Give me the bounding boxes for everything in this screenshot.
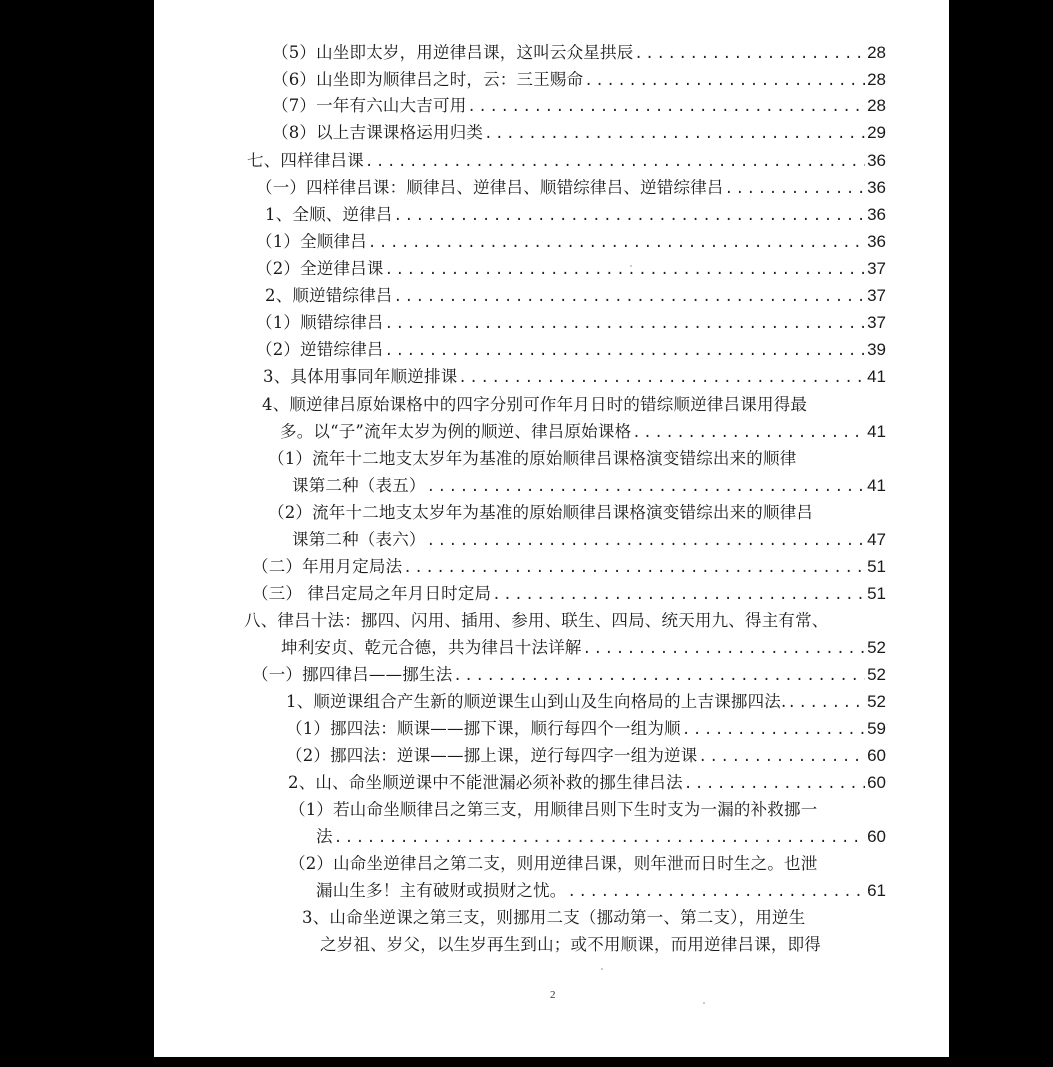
toc-entry-page-number: 28 xyxy=(867,68,886,92)
toc-entry[interactable]: 坤利安贞、乾元合德，共为律吕十法详解52 xyxy=(281,636,886,660)
toc-entry-title: 3、具体用事同年顺逆排课 xyxy=(263,365,457,389)
toc-entry[interactable]: （7）一年有六山大吉可用28 xyxy=(272,94,886,118)
toc-entry-page-number: 37 xyxy=(867,284,886,308)
dot-leader xyxy=(334,826,865,850)
toc-entry[interactable]: （2）全逆律吕课37 xyxy=(256,257,886,281)
dot-leader xyxy=(492,583,865,607)
scan-speck xyxy=(630,265,632,267)
toc-entry[interactable]: （1）顺错综律吕37 xyxy=(256,311,886,335)
toc-entry-title: 八、律吕十法：挪四、闪用、插用、参用、联生、四局、统天用九、得主有常、 xyxy=(244,609,829,633)
toc-entry-title: （5）山坐即太岁，用逆律吕课，这叫云众星拱辰 xyxy=(272,41,633,65)
toc-entry[interactable]: 2、顺逆错综律吕37 xyxy=(265,284,886,308)
toc-entry[interactable]: （一）挪四律吕——挪生法52 xyxy=(252,663,886,687)
toc-entry-page-number: 37 xyxy=(867,311,886,335)
toc-entry-title: 3、山命坐逆课之第三支，则挪用二支（挪动第一、第二支），用逆生 xyxy=(302,906,805,930)
dot-leader xyxy=(634,42,865,66)
toc-entry-page-number: 52 xyxy=(867,690,886,714)
dot-leader xyxy=(385,258,865,282)
dot-leader xyxy=(385,312,865,336)
dot-leader xyxy=(568,880,866,904)
toc-entry[interactable]: （5）山坐即太岁，用逆律吕课，这叫云众星拱辰28 xyxy=(272,41,886,65)
toc-entry-page-number: 60 xyxy=(867,825,886,849)
toc-entry[interactable]: （1）挪四法：顺课——挪下课，顺行每四个一组为顺59 xyxy=(286,717,886,741)
toc-entry-title: 法 xyxy=(316,825,333,849)
toc-entry-page-number: 52 xyxy=(867,636,886,660)
toc-entry-page-number: 37 xyxy=(867,257,886,281)
toc-entry-page-number: 36 xyxy=(867,230,886,254)
toc-entry-title: 4、顺逆律吕原始课格中的四字分别可作年月日时的错综顺逆律吕课用得最 xyxy=(262,393,807,417)
dot-leader xyxy=(453,664,865,688)
toc-entry-page-number: 41 xyxy=(867,474,886,498)
toc-entry-title: 2、顺逆错综律吕 xyxy=(265,284,393,308)
scan-speck xyxy=(601,968,603,970)
toc-entry-page-number: 52 xyxy=(867,663,886,687)
dot-leader xyxy=(365,150,865,174)
toc-entry-title: （2）挪四法：逆课——挪上课，逆行每四字一组为逆课 xyxy=(286,744,698,768)
toc-entry-title: （2）流年十二地支太岁年为基准的原始顺律吕课格演变错综出来的顺律吕 xyxy=(268,501,813,525)
toc-entry[interactable]: （1）流年十二地支太岁年为基准的原始顺律吕课格演变错综出来的顺律 xyxy=(268,447,886,471)
toc-entry-title: 坤利安贞、乾元合德，共为律吕十法详解 xyxy=(281,636,582,660)
toc-entry[interactable]: （1）全顺律吕36 xyxy=(256,230,886,254)
dot-leader xyxy=(684,772,865,796)
toc-entry-title: 漏山生多！主有破财或损财之忧。 xyxy=(316,879,567,903)
toc-entry[interactable]: 3、具体用事同年顺逆排课41 xyxy=(263,365,886,389)
dot-leader xyxy=(394,285,865,309)
toc-entry[interactable]: 1、全顺、逆律吕36 xyxy=(265,203,886,227)
toc-entry-title: （2）山命坐逆律吕之第二支，则用逆律吕课，则年泄而日时生之。也泄 xyxy=(289,852,817,876)
toc-entry-page-number: 29 xyxy=(867,121,886,145)
toc-entry-title: （1）挪四法：顺课——挪下课，顺行每四个一组为顺 xyxy=(286,717,681,741)
toc-entry-title: 课第二种（表五） xyxy=(292,474,426,498)
toc-entry-page-number: 36 xyxy=(867,149,886,173)
toc-entry-page-number: 60 xyxy=(867,771,886,795)
toc-entry[interactable]: 多。以“子”流年太岁为例的顺逆、律吕原始课格41 xyxy=(280,420,886,444)
toc-entry-page-number: 59 xyxy=(867,717,886,741)
toc-entry-page-number: 51 xyxy=(867,555,886,579)
dot-leader xyxy=(427,529,865,553)
toc-entry-title: （二）年用月定局法 xyxy=(252,555,402,579)
toc-entry-page-number: 39 xyxy=(867,338,886,362)
dot-leader xyxy=(787,691,865,715)
toc-entry[interactable]: 4、顺逆律吕原始课格中的四字分别可作年月日时的错综顺逆律吕课用得最 xyxy=(262,393,886,417)
toc-entry-title: （8）以上吉课课格运用归类 xyxy=(272,121,483,145)
toc-entry-title: 1、顺逆课组合产生新的顺逆课生山到山及生向格局的上吉课挪四法. xyxy=(286,690,786,714)
page-number: 2 xyxy=(550,989,556,1001)
toc-entry-page-number: 41 xyxy=(867,365,886,389)
dot-leader xyxy=(467,95,865,119)
toc-entry-title: （1）流年十二地支太岁年为基准的原始顺律吕课格演变错综出来的顺律 xyxy=(268,447,796,471)
toc-entry[interactable]: （6）山坐即为顺律吕之时，云：三王赐命28 xyxy=(272,68,886,92)
toc-entry[interactable]: 1、顺逆课组合产生新的顺逆课生山到山及生向格局的上吉课挪四法.52 xyxy=(286,690,886,714)
dot-leader xyxy=(484,122,865,146)
toc-entry-title: 课第二种（表六） xyxy=(292,528,426,552)
toc-entry[interactable]: （2）挪四法：逆课——挪上课，逆行每四字一组为逆课60 xyxy=(286,744,886,768)
dot-leader xyxy=(632,421,865,445)
toc-entry[interactable]: 法60 xyxy=(316,825,886,849)
toc-entry-page-number: 36 xyxy=(867,176,886,200)
toc-entry-title: （7）一年有六山大吉可用 xyxy=(272,94,466,118)
toc-entry[interactable]: （二）年用月定局法51 xyxy=(252,555,886,579)
toc-entry-title: （6）山坐即为顺律吕之时，云：三王赐命 xyxy=(272,68,583,92)
toc-entry-page-number: 51 xyxy=(867,582,886,606)
toc-entry-title: 七、四样律吕课 xyxy=(247,149,364,173)
toc-entry-title: （2）全逆律吕课 xyxy=(256,257,384,281)
toc-entry[interactable]: 之岁祖、岁父，以生岁再生到山；或不用顺课，而用逆律吕课，即得 xyxy=(320,933,886,957)
toc-entry-title: （三） 律吕定局之年月日时定局 xyxy=(252,582,491,606)
toc-entry-title: （1）顺错综律吕 xyxy=(256,311,384,335)
dot-leader xyxy=(699,745,866,769)
toc-entry-page-number: 61 xyxy=(867,879,886,903)
dot-leader xyxy=(583,637,865,661)
dot-leader xyxy=(394,204,865,228)
toc-entry[interactable]: （8）以上吉课课格运用归类29 xyxy=(272,121,886,145)
dot-leader xyxy=(682,718,865,742)
toc-entry-page-number: 41 xyxy=(867,420,886,444)
toc-entry-title: 1、全顺、逆律吕 xyxy=(265,203,393,227)
toc-entry[interactable]: 课第二种（表五）41 xyxy=(292,474,886,498)
toc-entry-title: （一）四样律吕课：顺律吕、逆律吕、顺错综律吕、逆错综律吕 xyxy=(256,176,724,200)
dot-leader xyxy=(385,339,865,363)
toc-entry[interactable]: （2）山命坐逆律吕之第二支，则用逆律吕课，则年泄而日时生之。也泄 xyxy=(289,852,886,876)
dot-leader xyxy=(368,231,865,255)
toc-entry[interactable]: 八、律吕十法：挪四、闪用、插用、参用、联生、四局、统天用九、得主有常、 xyxy=(244,609,886,633)
toc-entry-page-number: 28 xyxy=(867,94,886,118)
toc-entry[interactable]: （一）四样律吕课：顺律吕、逆律吕、顺错综律吕、逆错综律吕36 xyxy=(256,176,886,200)
toc-entry[interactable]: 漏山生多！主有破财或损财之忧。61 xyxy=(316,879,886,903)
toc-entry-page-number: 47 xyxy=(867,528,886,552)
toc-entry-title: （一）挪四律吕——挪生法 xyxy=(252,663,452,687)
dot-leader xyxy=(584,69,865,93)
toc-entry-title: 2、山、命坐顺逆课中不能泄漏必须补救的挪生律吕法 xyxy=(288,771,683,795)
toc-entry-title: （2）逆错综律吕 xyxy=(256,338,384,362)
toc-entry-page-number: 60 xyxy=(867,744,886,768)
toc-entry-title: 多。以“子”流年太岁为例的顺逆、律吕原始课格 xyxy=(280,420,631,444)
toc-entry-title: （1）全顺律吕 xyxy=(256,230,367,254)
toc-entry-page-number: 36 xyxy=(867,203,886,227)
toc-entry-page-number: 28 xyxy=(867,41,886,65)
scan-speck xyxy=(703,1002,705,1004)
dot-leader xyxy=(458,366,865,390)
dot-leader xyxy=(725,177,865,201)
toc-entry[interactable]: 2、山、命坐顺逆课中不能泄漏必须补救的挪生律吕法60 xyxy=(288,771,886,795)
toc-entry[interactable]: 七、四样律吕课36 xyxy=(247,149,886,173)
toc-entry[interactable]: （2）流年十二地支太岁年为基准的原始顺律吕课格演变错综出来的顺律吕 xyxy=(268,501,886,525)
dot-leader xyxy=(403,556,865,580)
dot-leader xyxy=(427,475,865,499)
document-page: （5）山坐即太岁，用逆律吕课，这叫云众星拱辰28（6）山坐即为顺律吕之时，云：三… xyxy=(154,0,949,1057)
toc-entry[interactable]: 3、山命坐逆课之第三支，则挪用二支（挪动第一、第二支），用逆生 xyxy=(302,906,886,930)
toc-entry[interactable]: （1）若山命坐顺律吕之第三支，用顺律吕则下生时支为一漏的补救挪一 xyxy=(289,798,886,822)
toc-entry-title: 之岁祖、岁父，以生岁再生到山；或不用顺课，而用逆律吕课，即得 xyxy=(320,933,821,957)
toc-entry[interactable]: 课第二种（表六）47 xyxy=(292,528,886,552)
toc-entry[interactable]: （2）逆错综律吕39 xyxy=(256,338,886,362)
toc-entry[interactable]: （三） 律吕定局之年月日时定局51 xyxy=(252,582,886,606)
toc-entry-title: （1）若山命坐顺律吕之第三支，用顺律吕则下生时支为一漏的补救挪一 xyxy=(289,798,817,822)
